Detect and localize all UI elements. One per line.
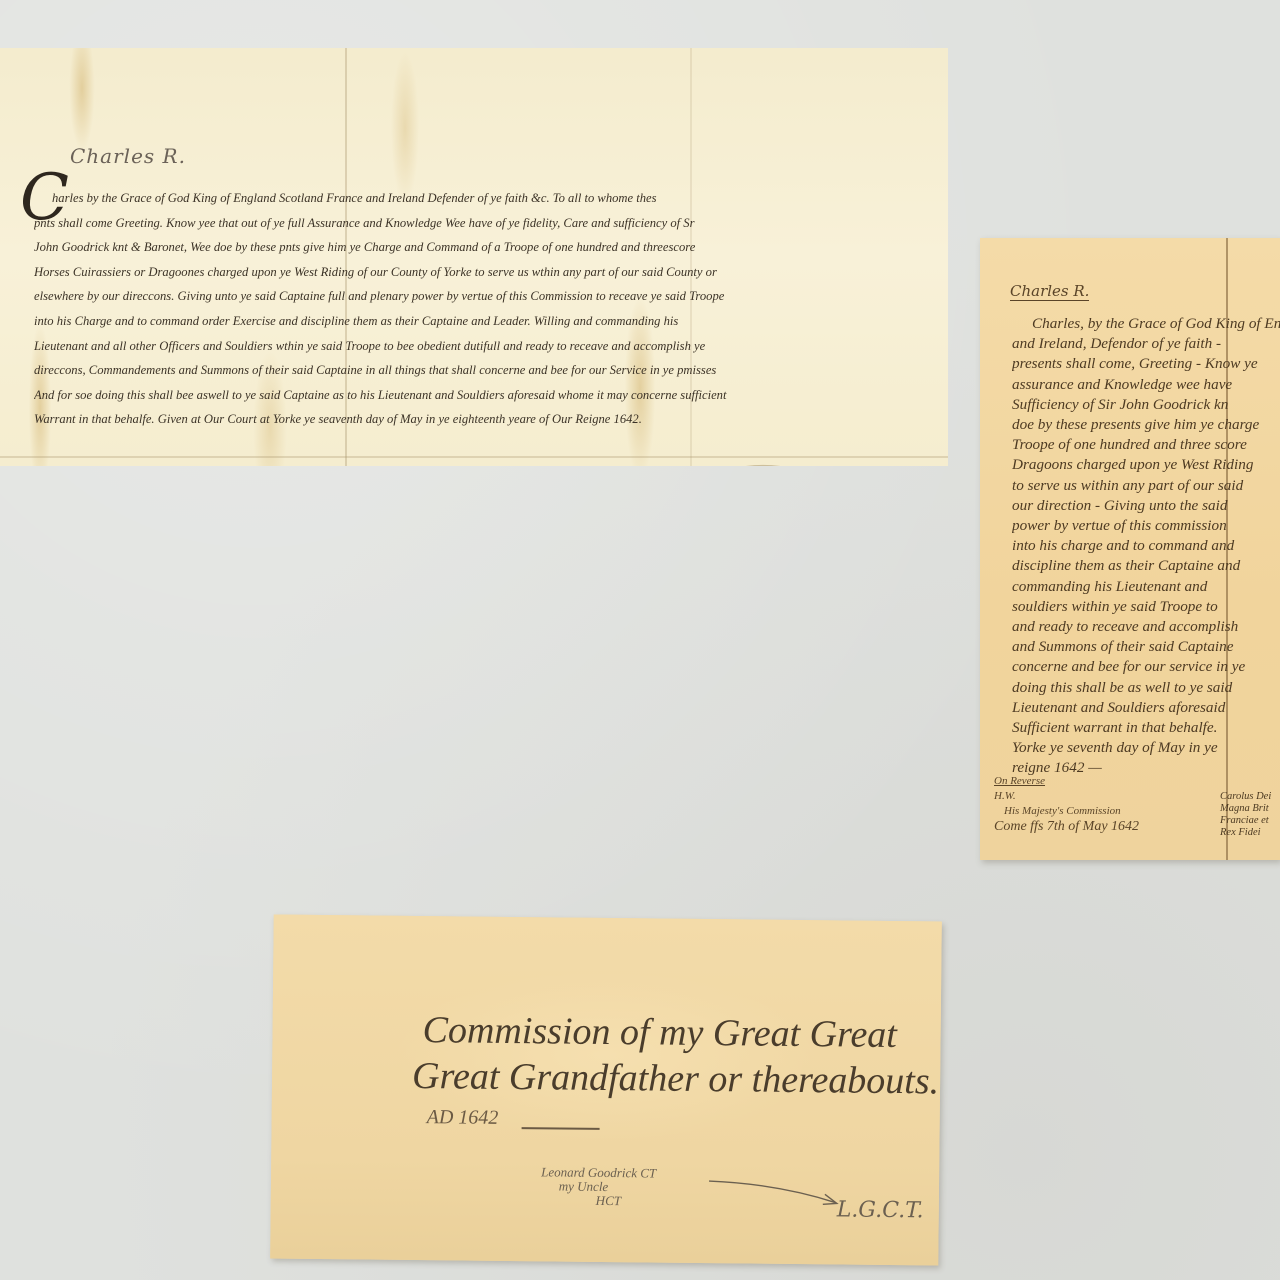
underline-rule — [522, 1127, 600, 1129]
transcription-line: Troope of one hundred and three score — [1012, 435, 1280, 455]
transcription-line: Sufficiency of Sir John Goodrick kn — [1012, 395, 1280, 415]
latin-line: Franciae et — [1220, 815, 1271, 827]
commission-line: into his Charge and to command order Exe… — [34, 309, 939, 334]
commission-text: harles by the Grace of God King of Engla… — [34, 186, 939, 432]
commission-line: Horses Cuirassiers or Dragoones charged … — [34, 260, 939, 285]
transcription-line: doe by these presents give him ye charge — [1012, 415, 1280, 435]
commission-line: John Goodrick knt & Baronet, Wee doe by … — [34, 235, 939, 260]
transcription-line: souldiers within ye said Troope to — [1012, 597, 1280, 617]
transcription-line: into his charge and to command and — [1012, 536, 1280, 556]
transcription-line: doing this shall be as well to ye said — [1012, 678, 1280, 698]
commission-line: And for soe doing this shall bee aswell … — [34, 383, 939, 408]
envelope-date: AD 1642 — [427, 1106, 499, 1130]
reverse-heading: On Reverse — [994, 774, 1139, 789]
paper-seal-icon — [648, 453, 878, 633]
transcription-line: Dragoons charged upon ye West Riding — [1012, 455, 1280, 475]
envelope-note: Leonard Goodrick CT my Uncle HCT — [541, 1165, 657, 1208]
reverse-note: On Reverse H.W. His Majesty's Commission… — [994, 774, 1139, 834]
transcription-title: Charles R. — [1010, 282, 1089, 301]
transcription-line: Charles, by the Grace of God King of Eng… — [1012, 314, 1280, 334]
transcription-sheet: Charles R. Charles, by the Grace of God … — [980, 238, 1280, 860]
transcription-line: Sufficient warrant in that behalfe. — [1012, 718, 1280, 738]
latin-line: Carolus Dei — [1220, 791, 1271, 803]
commission-line: harles by the Grace of God King of Engla… — [34, 186, 939, 211]
transcription-line: power by vertue of this commission — [1012, 516, 1280, 536]
transcription-line: our direction - Giving unto the said — [1012, 496, 1280, 516]
royal-signature: Charles R. — [70, 144, 186, 168]
transcription-text: Charles, by the Grace of God King of Eng… — [1012, 314, 1280, 779]
commission-line: direccons, Commandements and Summons of … — [34, 358, 939, 383]
envelope-inscription-line: Great Grandfather or thereabouts. — [412, 1054, 939, 1104]
transcription-line: assurance and Knowledge wee have — [1012, 375, 1280, 395]
transcription-line: concerne and bee for our service in ye — [1012, 657, 1280, 677]
reverse-line: His Majesty's Commission — [994, 804, 1139, 819]
latin-line: Rex Fidei — [1220, 827, 1271, 839]
reverse-initials: H.W. — [994, 789, 1139, 804]
transcription-line: Lieutenant and Souldiers aforesaid — [1012, 698, 1280, 718]
commission-line: pnts shall come Greeting. Know yee that … — [34, 211, 939, 236]
transcription-line: and Ireland, Defendor of ye faith - — [1012, 334, 1280, 354]
latin-line: Magna Brit — [1220, 803, 1271, 815]
transcription-line: and ready to receave and accomplish — [1012, 617, 1280, 637]
envelope-inscription-line: Commission of my Great Great — [422, 1008, 897, 1057]
transcription-line: to serve us within any part of our said — [1012, 476, 1280, 496]
royal-commission-document: Charles R. C harles by the Grace of God … — [0, 48, 948, 466]
transcription-line: discipline them as their Captaine and — [1012, 556, 1280, 576]
note-line: HCT — [541, 1193, 656, 1208]
commission-line: Lieutenant and all other Officers and So… — [34, 334, 939, 359]
arrow-icon — [707, 1177, 847, 1208]
transcription-line: and Summons of their said Captaine — [1012, 637, 1280, 657]
commission-line: Warrant in that behalfe. Given at Our Co… — [34, 407, 939, 432]
initials-monogram: L.G.C.T. — [837, 1197, 924, 1223]
transcription-line: commanding his Lieutenant and — [1012, 577, 1280, 597]
transcription-line: presents shall come, Greeting - Know ye — [1012, 354, 1280, 374]
latin-column: Carolus Dei Magna Brit Franciae et Rex F… — [1220, 791, 1271, 839]
commission-line: elsewhere by our direccons. Giving unto … — [34, 284, 939, 309]
envelope: Commission of my Great Great Great Grand… — [270, 915, 942, 1266]
transcription-line: Yorke ye seventh day of May in ye — [1012, 738, 1280, 758]
reverse-line: Come ffs 7th of May 1642 — [994, 819, 1139, 834]
